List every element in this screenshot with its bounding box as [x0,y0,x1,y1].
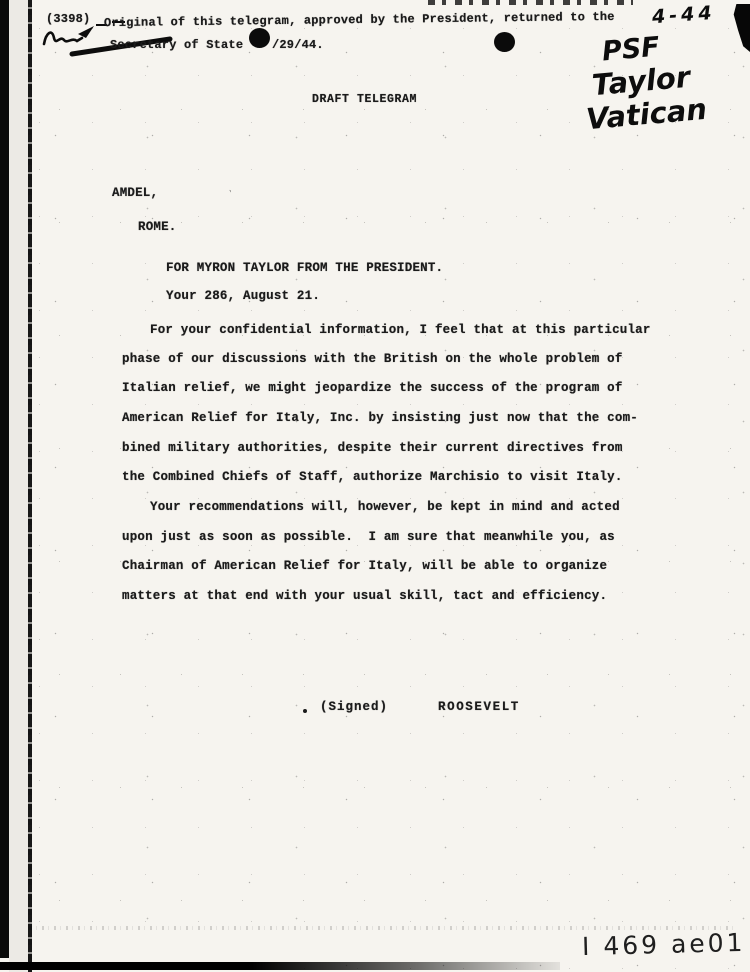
reference-line: Your 286, August 21. [166,289,320,303]
page-title: DRAFT TELEGRAM [312,93,417,106]
body-line: upon just as soon as possible. I am sure… [122,530,615,544]
handwritten-date-code: 4-44 [651,2,716,28]
body-line: matters at that end with your usual skil… [122,589,607,603]
body-line: American Relief for Italy, Inc. by insis… [122,411,638,425]
stray-ink-dot [303,709,307,713]
scan-edge-bottom [0,962,560,970]
catalog-code: I 469 ae01 [582,928,746,961]
signature-name: ROOSEVELT [438,700,520,714]
body-line: bined military authorities, despite thei… [122,441,623,455]
paper-left-edge-line [28,0,32,972]
body-line: Italian relief, we might jeopardize the … [122,381,623,395]
body-line: phase of our discussions with the Britis… [122,352,623,366]
hole-punch [249,28,270,48]
body-line: Chairman of American Relief for Italy, w… [122,559,607,573]
scan-margin-left [9,0,28,972]
scanned-telegram-page: (3398) Original of this telegram, approv… [0,0,750,972]
approval-note-line2: Secretary of State [110,38,243,52]
cutoff-text-fragment [428,0,633,5]
stray-pencil-mark: ‵ [225,187,234,202]
hole-punch [494,32,515,52]
address-line: ROME. [138,220,177,234]
scan-artifact-top-right [733,4,750,52]
paper-fold-shadow [30,926,736,930]
scan-edge-left [0,0,9,958]
approval-note-date: /29/44. [272,38,324,52]
body-line: the Combined Chiefs of Staff, authorize … [122,470,623,484]
address-line: AMDEL, [112,186,158,200]
body-line: For your confidential information, I fee… [150,323,651,337]
salutation-line: FOR MYRON TAYLOR FROM THE PRESIDENT. [166,261,443,275]
body-line: Your recommendations will, however, be k… [150,500,620,514]
signed-label: (Signed) [320,700,388,714]
